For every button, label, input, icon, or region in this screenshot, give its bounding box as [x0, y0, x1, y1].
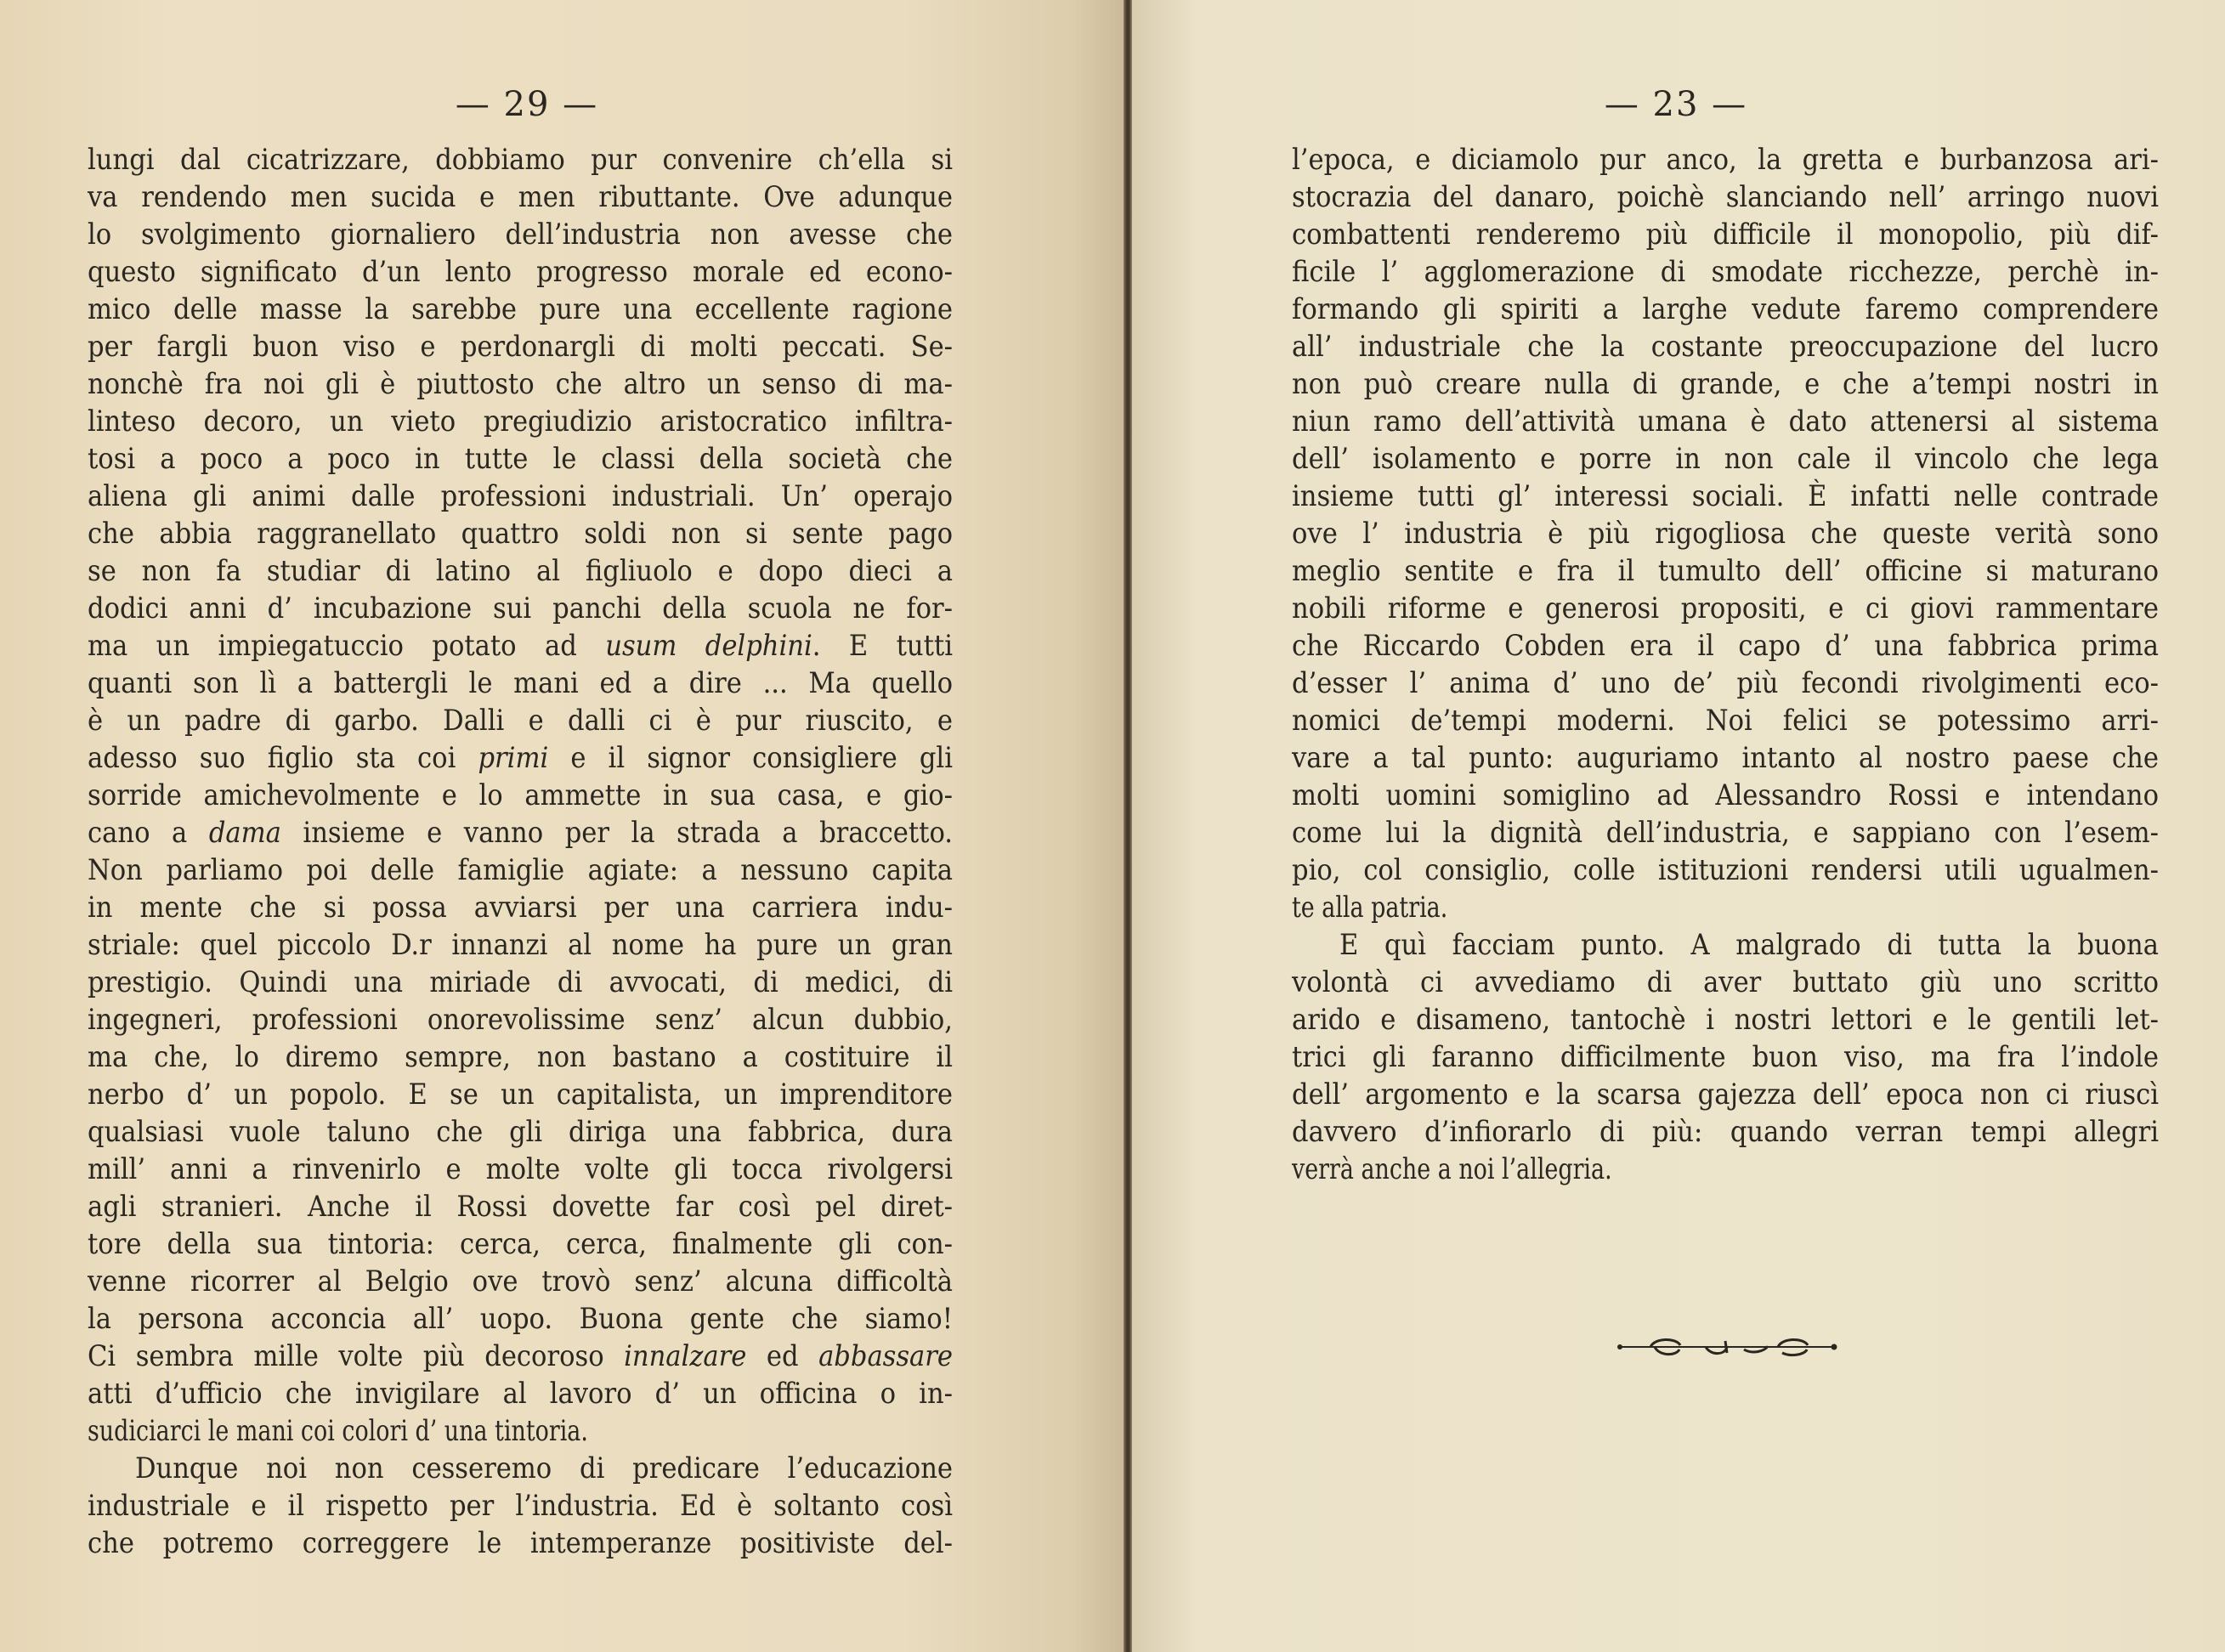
text-line: Dunque noi non cesseremo di predicare l’…	[88, 1450, 953, 1487]
text-line: l’epoca, e diciamolo pur anco, la gretta…	[1292, 141, 2159, 178]
italic-phrase: usum delphini	[605, 629, 812, 663]
text-line: nonchè fra noi gli è piuttosto che altro…	[88, 365, 953, 403]
text-line: dell’ isolamento e porre in non cale il …	[1292, 440, 2159, 478]
text-line: venne ricorrer al Belgio ove trovò senz’…	[88, 1263, 953, 1300]
text-line: verrà anche a noi l’allegria.	[1292, 1151, 2159, 1188]
text-line: te alla patria.	[1292, 889, 2159, 926]
text-line: prestigio. Quindi una miriade di avvocat…	[88, 964, 953, 1001]
text-line: striale: quel piccolo D.r innanzi al nom…	[88, 926, 953, 964]
text-line: ma che, lo diremo sempre, non bastano a …	[88, 1038, 953, 1076]
text-line: ma un impiegatuccio potato ad usum delph…	[88, 627, 953, 665]
italic-phrase: innalzare	[624, 1339, 746, 1373]
text-line: d’esser l’ anima d’ uno de’ più fecondi …	[1292, 665, 2159, 702]
text-line: niun ramo dell’attività umana è dato att…	[1292, 403, 2159, 440]
text-line: aliena gli animi dalle professioni indus…	[88, 478, 953, 515]
text-line: mico delle masse la sarebbe pure una ecc…	[88, 291, 953, 328]
text-line: vare a tal punto: auguriamo intanto al n…	[1292, 739, 2159, 777]
text-line: non può creare nulla di grande, e che a’…	[1292, 365, 2159, 403]
text-line: che potremo correggere le intemperanze p…	[88, 1525, 953, 1562]
text-line: arido e disameno, tantochè i nostri lett…	[1292, 1001, 2159, 1038]
text-line: nerbo d’ un popolo. E se un capitalista,…	[88, 1076, 953, 1113]
text-line: come lui la dignità dell’industria, e sa…	[1292, 814, 2159, 851]
left-page: — 29 — lungi dal cicatrizzare, dobbiamo …	[0, 0, 1127, 1652]
text-run: adesso suo figlio sta coi	[88, 741, 478, 775]
page-body: lungi dal cicatrizzare, dobbiamo pur con…	[88, 141, 953, 1562]
ornament-flourish-icon	[1616, 1334, 1837, 1360]
text-line: la persona acconcia all’ uopo. Buona gen…	[88, 1300, 953, 1338]
text-line: qualsiasi vuole taluno che gli diriga un…	[88, 1113, 953, 1151]
text-line: questo significato d’un lento progresso …	[88, 253, 953, 291]
text-line: linteso decoro, un vieto pregiudizio ari…	[88, 403, 953, 440]
text-line: lungi dal cicatrizzare, dobbiamo pur con…	[88, 141, 953, 178]
text-line: all’ industriale che la costante preoccu…	[1292, 328, 2159, 365]
text-line: dodici anni d’ incubazione sui panchi de…	[88, 590, 953, 627]
page-body: l’epoca, e diciamolo pur anco, la gretta…	[1292, 141, 2159, 1188]
text-line: quanti son lì a battergli le mani ed a d…	[88, 665, 953, 702]
text-line: molti uomini somiglino ad Alessandro Ros…	[1292, 777, 2159, 814]
text-run: . E tutti	[812, 629, 953, 663]
text-run: ed	[746, 1339, 818, 1373]
text-line: per fargli buon viso e perdonargli di mo…	[88, 328, 953, 365]
text-line: lo svolgimento giornaliero dell’industri…	[88, 216, 953, 253]
text-line: se non fa studiar di latino al figliuolo…	[88, 552, 953, 590]
italic-phrase: primi	[478, 741, 548, 775]
text-line: nobili riforme e generosi propositi, e c…	[1292, 590, 2159, 627]
text-line: è un padre di garbo. Dalli e dalli ci è …	[88, 702, 953, 739]
text-line: tore della sua tintoria: cerca, cerca, f…	[88, 1225, 953, 1263]
text-line: tosi a poco a poco in tutte le classi de…	[88, 440, 953, 478]
text-line: trici gli faranno difficilmente buon vis…	[1292, 1038, 2159, 1076]
text-line: sudiciarci le mani coi colori d’ una tin…	[88, 1412, 953, 1450]
text-line: che Riccardo Cobden era il capo d’ una f…	[1292, 627, 2159, 665]
text-line: dell’ argomento e la scarsa gajezza dell…	[1292, 1076, 2159, 1113]
book-spread: — 29 — lungi dal cicatrizzare, dobbiamo …	[0, 0, 2225, 1652]
text-line: adesso suo figlio sta coi primi e il sig…	[88, 739, 953, 777]
text-line: ficile l’ agglomerazione di smodate ricc…	[1292, 253, 2159, 291]
italic-phrase: abbassare	[818, 1339, 953, 1373]
text-line: davvero d’infiorarlo di più: quando verr…	[1292, 1113, 2159, 1151]
text-run: cano a	[88, 816, 209, 850]
text-line: va rendendo men sucida e men ributtante.…	[88, 178, 953, 216]
text-line: Ci sembra mille volte più decoroso innal…	[88, 1338, 953, 1375]
right-page: — 23 — l’epoca, e diciamolo pur anco, la…	[1132, 0, 2225, 1652]
text-line: nomici de’tempi moderni. Noi felici se p…	[1292, 702, 2159, 739]
text-line: ove l’ industria è più rigogliosa che qu…	[1292, 515, 2159, 552]
italic-phrase: dama	[209, 816, 281, 850]
text-line: stocrazia del danaro, poichè slanciando …	[1292, 178, 2159, 216]
text-line: E quì facciam punto. A malgrado di tutta…	[1292, 926, 2159, 964]
text-line: sorride amichevolmente e lo ammette in s…	[88, 777, 953, 814]
text-line: in mente che si possa avviarsi per una c…	[88, 889, 953, 926]
text-line: mill’ anni a rinvenirlo e molte volte gl…	[88, 1151, 953, 1188]
text-line: ingegneri, professioni onorevolissime se…	[88, 1001, 953, 1038]
text-line: insieme tutti gl’ interessi sociali. È i…	[1292, 478, 2159, 515]
text-line: formando gli spiriti a larghe vedute far…	[1292, 291, 2159, 328]
page-number: — 29 —	[442, 85, 612, 124]
text-line: agli stranieri. Anche il Rossi dovette f…	[88, 1188, 953, 1225]
text-line: volontà ci avvediamo di aver buttato giù…	[1292, 964, 2159, 1001]
text-line: che abbia raggranellato quattro soldi no…	[88, 515, 953, 552]
text-line: meglio sentite e fra il tumulto dell’ of…	[1292, 552, 2159, 590]
book-gutter	[1124, 0, 1132, 1652]
text-run: insieme e vanno per la strada a braccett…	[281, 816, 953, 850]
text-line: industriale e il rispetto per l’industri…	[88, 1487, 953, 1525]
text-line: combattenti renderemo più difficile il m…	[1292, 216, 2159, 253]
text-line: pio, col consiglio, colle istituzioni re…	[1292, 851, 2159, 889]
text-line: cano a dama insieme e vanno per la strad…	[88, 814, 953, 851]
text-run: e il signor consigliere gli	[548, 741, 953, 775]
text-line: Non parliamo poi delle famiglie agiate: …	[88, 851, 953, 889]
page-number: — 23 —	[1591, 85, 1761, 124]
text-run: Ci sembra mille volte più decoroso	[88, 1339, 624, 1373]
text-run: ma un impiegatuccio potato ad	[88, 629, 605, 663]
text-line: atti d’ufficio che invigilare al lavoro …	[88, 1375, 953, 1412]
